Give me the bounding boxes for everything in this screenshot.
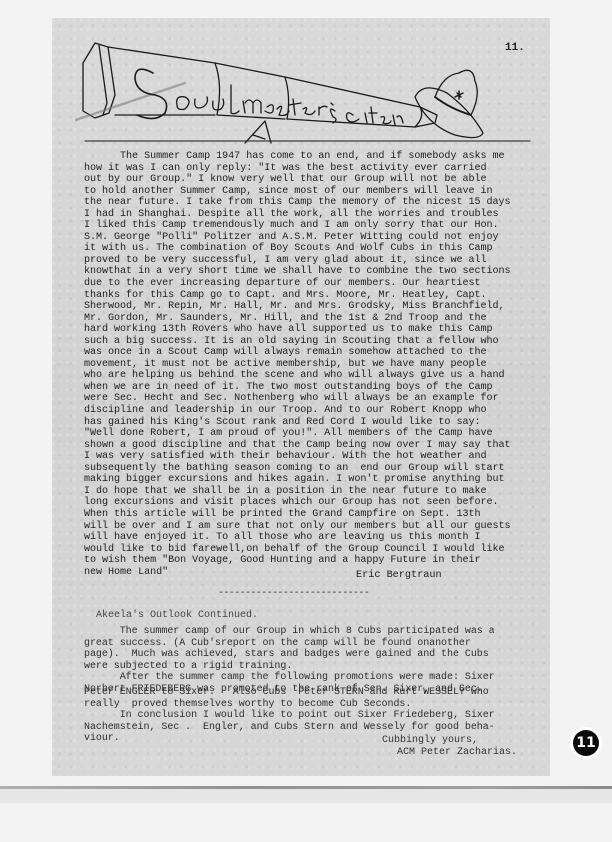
text-line: I liked this Camp tremendously much and …	[84, 220, 536, 232]
closing-salutation: Cubbingly yours,	[382, 735, 478, 746]
text-line: The summer camp of our Group in which 8 …	[84, 626, 536, 638]
text-line: who are helping us behind the scene and …	[84, 370, 536, 382]
text-line: thanks for this Camp go to Capt. and Mrs…	[84, 290, 536, 302]
text-line: will have enjoyed it. To all those who a…	[84, 532, 536, 544]
text-line: will be over and I am sure that not only…	[84, 521, 536, 533]
text-line: In conclusion I would like to point out …	[84, 710, 536, 722]
text-line: were Sec. Hecht and Sec. Nothenberg who …	[84, 393, 536, 405]
text-line: hard working 13th Rovers who have all su…	[84, 324, 536, 336]
text-line: to hold another Summer Camp, since most …	[84, 186, 536, 198]
closing-signoff: ACM Peter Zacharias.	[397, 747, 517, 758]
text-line: really proved themselves worthy to becom…	[84, 699, 536, 711]
text-line: Nachemstein, Sec . Engler, and Cubs Ster…	[84, 722, 536, 734]
text-line: to wish them "Bon Voyage, Good Hunting a…	[84, 555, 536, 567]
page-number-badge: 11	[573, 730, 599, 756]
text-line: page). Much was achieved, stars and badg…	[84, 649, 536, 661]
page-bottom-band	[0, 789, 612, 803]
text-line: I was very satisfied with their behaviou…	[84, 451, 536, 463]
text-line: proved to be very successful, I am very …	[84, 255, 536, 267]
text-line: When this article will be printed the Gr…	[84, 509, 536, 521]
header-illustration	[75, 35, 535, 145]
text-line: making bigger excursions and hikes again…	[84, 474, 536, 486]
text-line: has gained his King's Scout rank and Red…	[84, 417, 536, 429]
text-line: when we are in need of it. The two most …	[84, 382, 536, 394]
telescope-and-hat-drawing	[75, 35, 535, 145]
akela-section-title: Akeela's Outlook Continued.	[96, 610, 258, 621]
page-number: 11.	[505, 42, 525, 54]
text-line: it with us. The combination of Boy Scout…	[84, 243, 536, 255]
text-line: Sherwood, Mr. Repin, Mr. Hall, Mr. and M…	[84, 301, 536, 313]
text-line: discipline and leadership in our Troop. …	[84, 405, 536, 417]
text-line: movement, it must not be active membersh…	[84, 359, 536, 371]
text-line: such a big success. It is an old saying …	[84, 336, 536, 348]
text-line: out by our Group." I know very well that…	[84, 174, 536, 186]
text-line: would like to bid farewell,on behalf of …	[84, 544, 536, 556]
text-line: The Summer Camp 1947 has come to an end,…	[84, 151, 536, 163]
akela-paragraph-1: The summer camp of our Group in which 8 …	[84, 626, 536, 696]
text-line: knowthat in a very short time we shall h…	[84, 266, 536, 278]
text-line: long excursions and visit places which o…	[84, 497, 536, 509]
text-line: were subjected to a rigid training.	[84, 661, 536, 673]
text-line: Mr. Gordon, Mr. Saunders, Mr. Hill, and …	[84, 313, 536, 325]
text-line: "Well done Robert, I am proud of you!". …	[84, 428, 536, 440]
text-line: new Home Land"	[84, 567, 536, 579]
scoutmaster-article: The Summer Camp 1947 has come to an end,…	[84, 151, 536, 578]
text-line: subsequently the bathing season coming t…	[84, 463, 536, 475]
text-line: S.M. George "Polli" Politzer and A.S.M. …	[84, 232, 536, 244]
text-line: Peter ENGLER to Sixer. Also Cubs Peter S…	[84, 687, 536, 699]
text-line: I had in Shanghai. Despite all the work,…	[84, 209, 536, 221]
text-line: I do hope that we shall be in a position…	[84, 486, 536, 498]
section-separator: ----------------------------	[218, 588, 369, 599]
text-line: great success. (A Cub'sreport on the cam…	[84, 638, 536, 650]
text-line: was once in a Scout Camp will always rem…	[84, 347, 536, 359]
text-line: After the summer camp the following prom…	[84, 672, 536, 684]
text-line: how it was I can only reply: "It was the…	[84, 163, 536, 175]
text-line: the near future. I take from this Camp t…	[84, 197, 536, 209]
text-line: shown a good discipline and that the Cam…	[84, 440, 536, 452]
article-signature: Eric Bergtraun	[356, 570, 442, 581]
text-line: due to the ever increasing departure of …	[84, 278, 536, 290]
